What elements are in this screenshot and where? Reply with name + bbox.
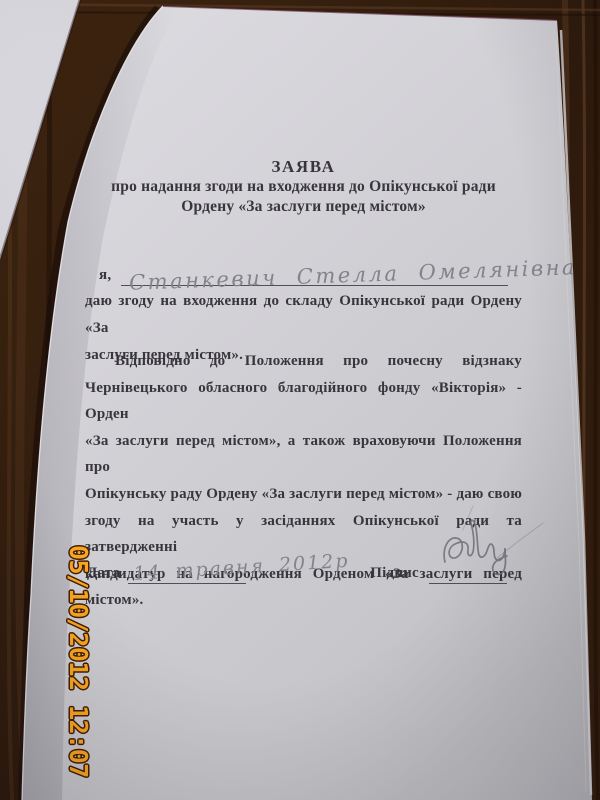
paragraph-line: Відповідно до Положення про почесну відз… [85, 348, 522, 375]
name-blank-line: Станкевич Стелла Омелянівна [121, 255, 508, 286]
photo-of-document: ЗАЯВА про надання згоди на входження до … [0, 0, 600, 800]
name-row: я, Станкевич Стелла Омелянівна [85, 248, 522, 286]
document-title: ЗАЯВА [85, 157, 522, 177]
camera-timestamp: 05/10/2012 12:07 [64, 545, 93, 778]
paragraph-line: Чернівецького обласного благодійного фон… [85, 375, 522, 428]
paragraph-line: містом». [85, 587, 522, 614]
signature-label: Підпис [370, 565, 429, 584]
handwritten-date: 14 травня 2012р [133, 550, 350, 585]
paragraph-line: «За заслуги перед містом», а також врахо… [85, 428, 522, 481]
name-prefix: я, [85, 267, 121, 286]
document-text: ЗАЯВА про надання згоди на входження до … [85, 0, 522, 800]
subtitle-line-2: Ордену «За заслуги перед містом» [85, 198, 522, 216]
date-blank-line: 14 травня 2012р [128, 559, 246, 584]
signature-scribble [430, 496, 560, 584]
paragraph-line: даю згоду на входження до складу Опікунс… [85, 288, 522, 342]
subtitle-line-1: про надання згоди на входження до Опікун… [85, 178, 522, 196]
